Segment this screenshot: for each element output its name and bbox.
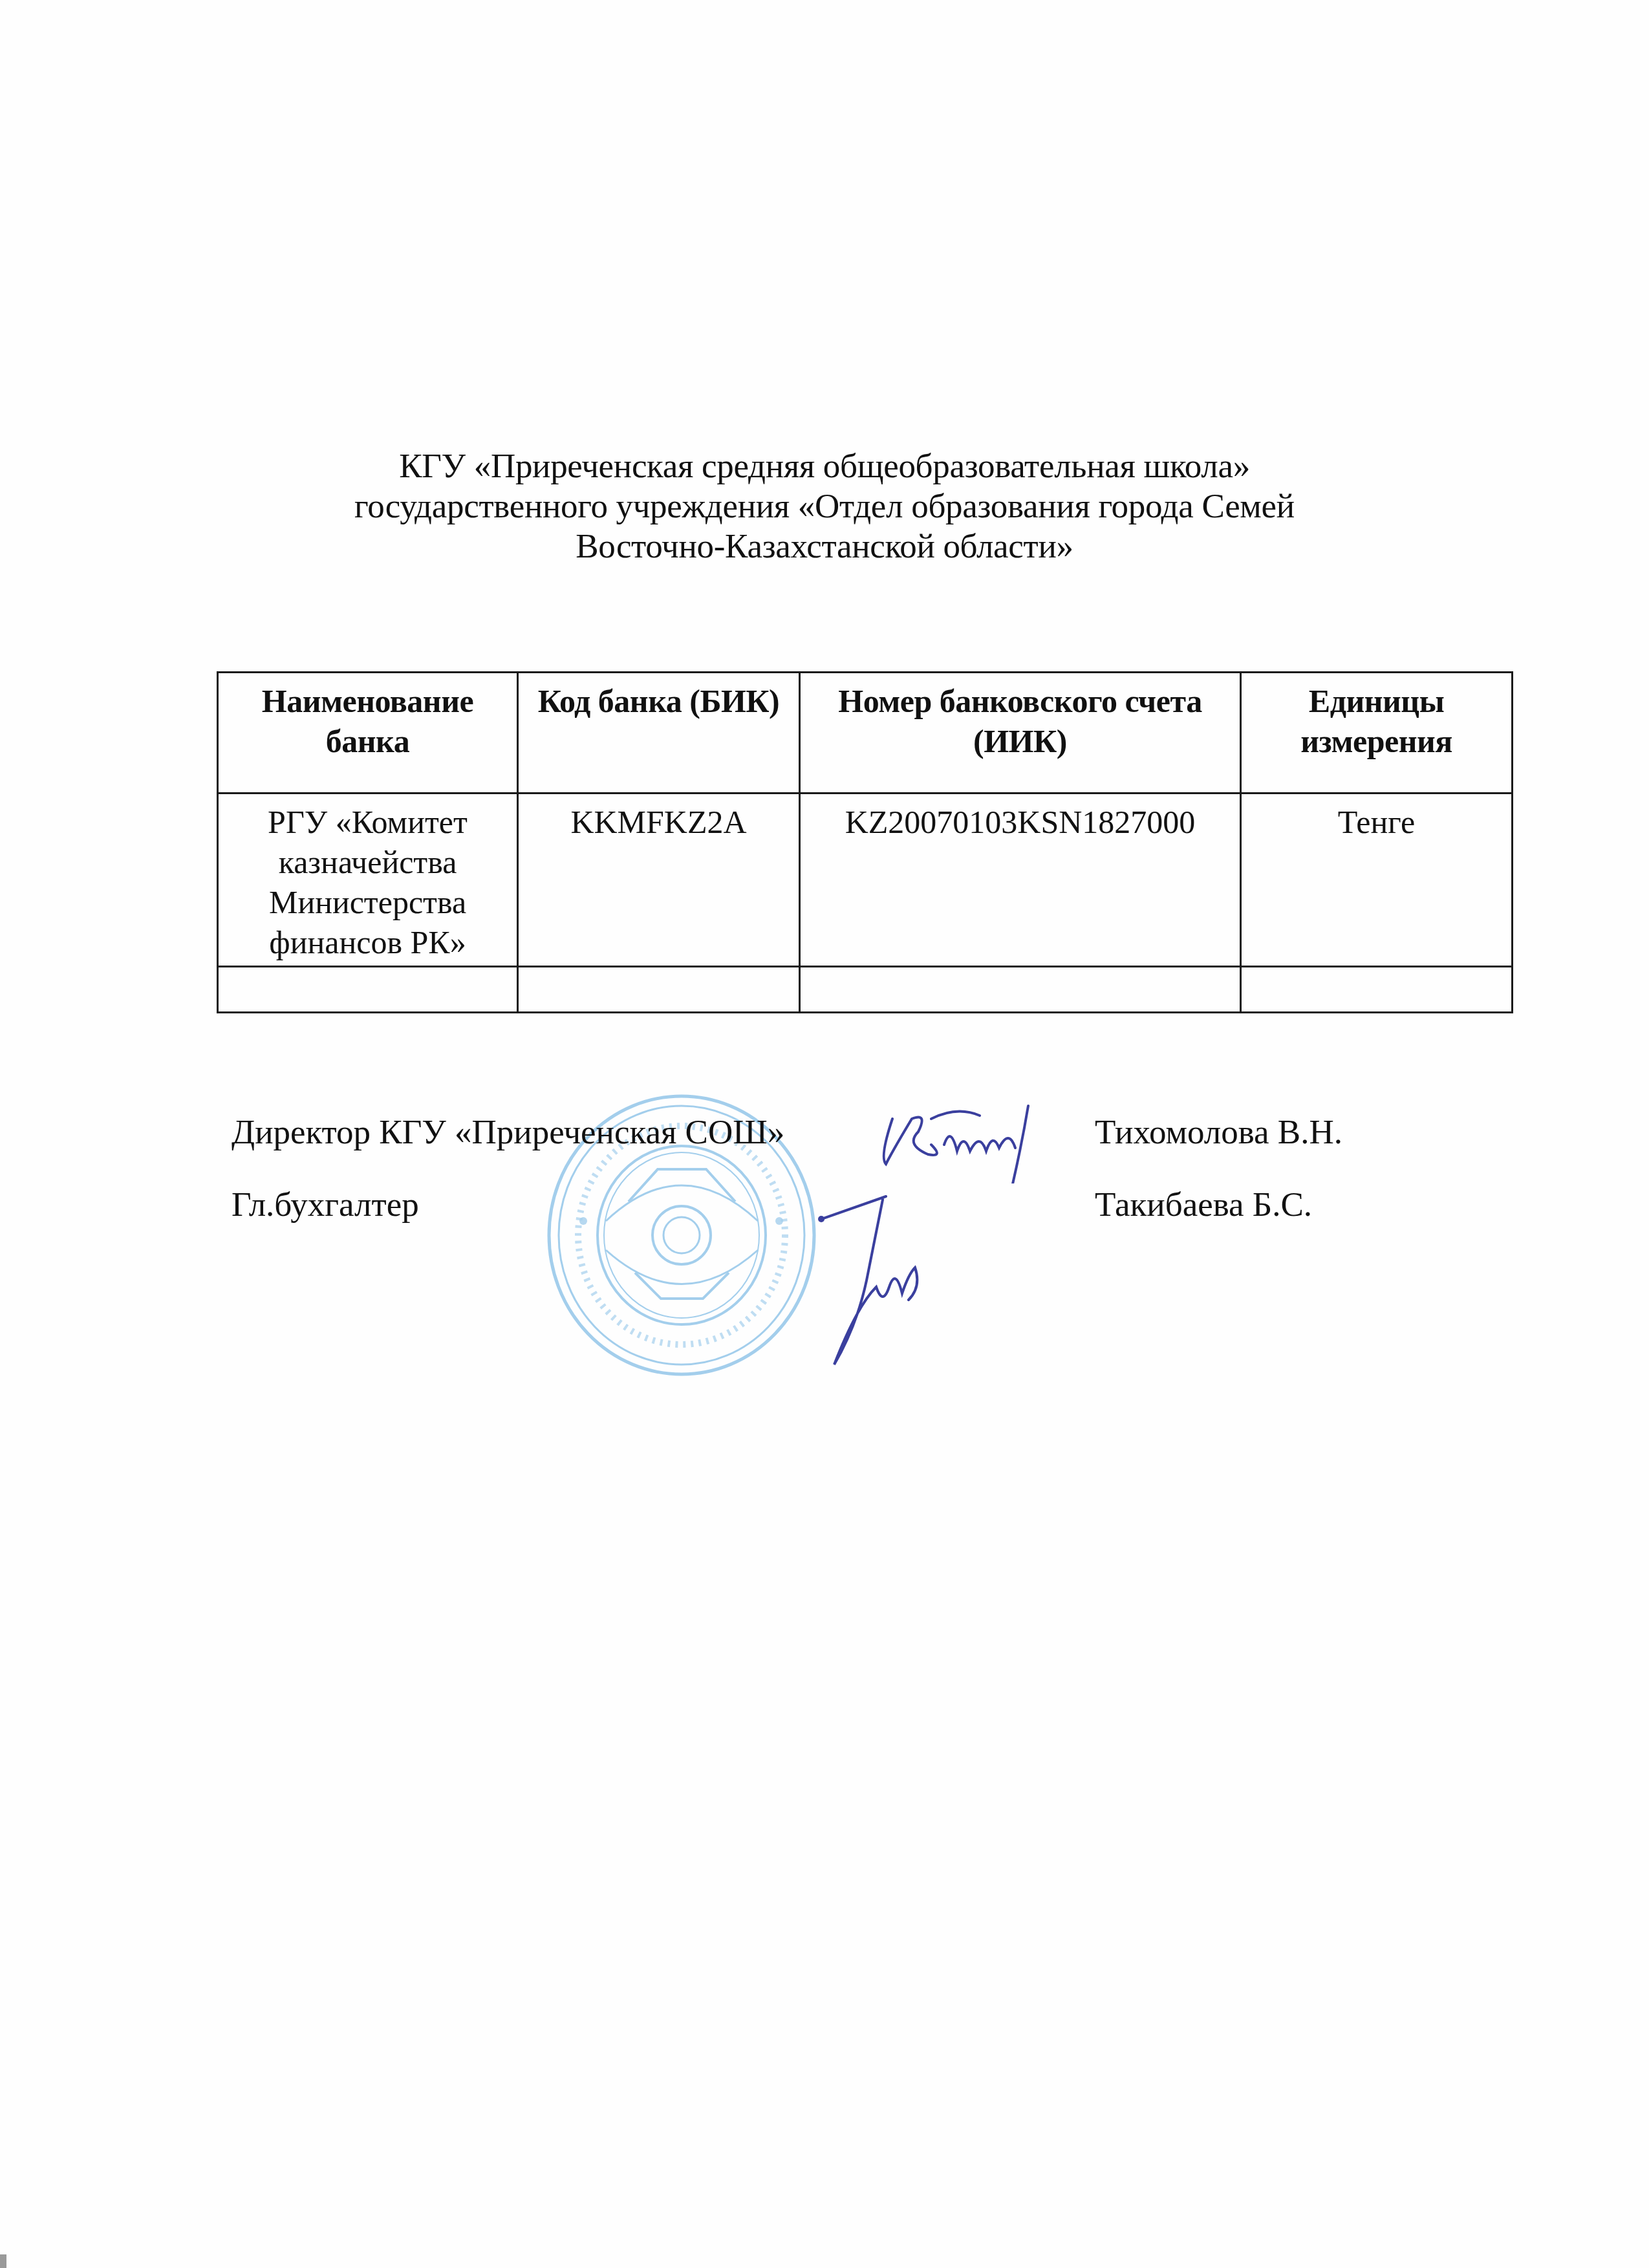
chief-accountant-title: Гл.бухгалтер bbox=[232, 1185, 419, 1225]
director-signature-icon bbox=[867, 1093, 1061, 1183]
accountant-signature-icon bbox=[805, 1190, 954, 1371]
cell-bank-code: KKMFKZ2A bbox=[518, 794, 800, 967]
heading-line-3: Восточно-Казахстанской области» bbox=[194, 526, 1455, 567]
cell-bank-name bbox=[218, 967, 518, 1013]
cell-account-number: KZ20070103KSN1827000 bbox=[800, 794, 1241, 967]
cell-bank-code bbox=[518, 967, 800, 1013]
cell-units: Тенге bbox=[1241, 794, 1513, 967]
document-heading: КГУ «Приреченская средняя общеобразовате… bbox=[194, 446, 1455, 567]
bank-details-table: Наименование банка Код банка (БИК) Номер… bbox=[217, 671, 1513, 1013]
chief-accountant-name: Такибаева Б.С. bbox=[1095, 1185, 1312, 1225]
cell-bank-name: РГУ «Комитет казначейства Министерства ф… bbox=[218, 794, 518, 967]
document-page: КГУ «Приреченская средняя общеобразовате… bbox=[0, 0, 1649, 2268]
cell-account-number bbox=[800, 967, 1241, 1013]
table-row: РГУ «Комитет казначейства Министерства ф… bbox=[218, 794, 1513, 967]
scan-edge-mark bbox=[0, 2254, 6, 2268]
cell-units bbox=[1241, 967, 1513, 1013]
heading-line-2: государственного учреждения «Отдел образ… bbox=[194, 486, 1455, 526]
heading-line-1: КГУ «Приреченская средняя общеобразовате… bbox=[194, 446, 1455, 486]
header-account-number: Номер банковского счета (ИИК) bbox=[800, 673, 1241, 794]
table-header-row: Наименование банка Код банка (БИК) Номер… bbox=[218, 673, 1513, 794]
director-name: Тихомолова В.Н. bbox=[1095, 1112, 1342, 1152]
header-bank-code: Код банка (БИК) bbox=[518, 673, 800, 794]
header-units: Единицы измерения bbox=[1241, 673, 1513, 794]
director-title: Директор КГУ «Приреченская СОШ» bbox=[232, 1112, 784, 1152]
table-row-empty bbox=[218, 967, 1513, 1013]
header-bank-name: Наименование банка bbox=[218, 673, 518, 794]
